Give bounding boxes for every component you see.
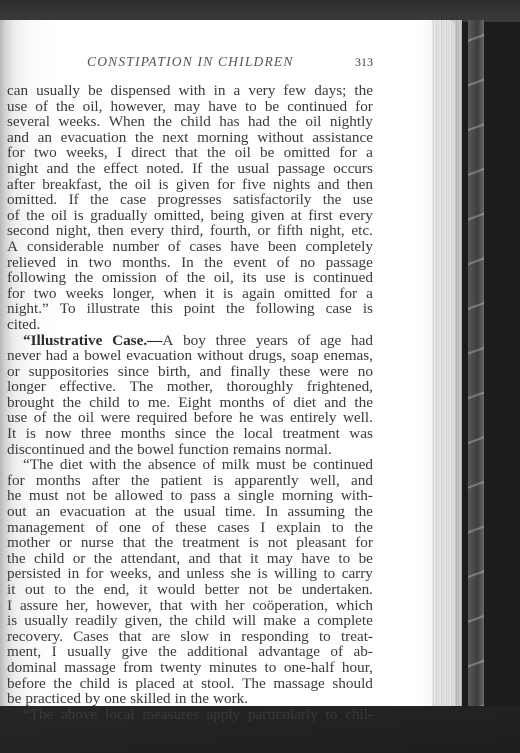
text-line: fortwoweeks,Idirectthattheoilbeomittedfo… <box>7 145 373 161</box>
text-line: “Theabovelocalmeasuresapplyparticularlyt… <box>7 707 373 723</box>
text-line: Iassureher,however,thatwithhercoöperatio… <box>7 598 373 614</box>
text-line: Itisnowthreemonthssincethelocaltreatment… <box>7 426 373 442</box>
text-line: motherornursethatthetreatmentisnotpleasa… <box>7 535 373 551</box>
book-cover-edge <box>468 20 484 740</box>
text-line: cited. <box>7 317 373 333</box>
text-line: canusuallybedispensedwithinaveryfewdays;… <box>7 83 373 99</box>
text-line: ment,Iusuallygivetheadditionaladvantageo… <box>7 644 373 660</box>
text-line: night.”Toillustratethispointthefollowing… <box>7 301 373 317</box>
text-line: omitted.Ifthecaseprogressessatisfactoril… <box>7 192 373 208</box>
text-line: fortwoweekslonger,whenitisagainomittedfo… <box>7 286 373 302</box>
text-line: orsuppositoriessincebirth,andfinallythes… <box>7 364 373 380</box>
text-line: andanevacuationthenextmorningwithoutassi… <box>7 130 373 146</box>
text-line: “IllustrativeCase.—Aboythreeyearsofageha… <box>7 333 373 349</box>
text-line: severalweeks.Whenthechildhashadtheoilnig… <box>7 114 373 130</box>
text-line: Aconsiderablenumberofcaseshavebeencomple… <box>7 239 373 255</box>
running-title: CONSTIPATION IN CHILDREN <box>87 54 294 70</box>
text-line: managementofoneofthesecasesIexplaintothe <box>7 520 373 536</box>
body-text: canusuallybedispensedwithinaveryfewdays;… <box>7 83 373 722</box>
page-number: 313 <box>355 55 373 70</box>
text-line: recovery.Casesthatareslowinrespondingtot… <box>7 629 373 645</box>
background-top <box>0 0 520 22</box>
text-line: outanevacuationattheusualtime.Inassuming… <box>7 504 373 520</box>
text-line: longereffective.Themother,thoroughlyfrig… <box>7 379 373 395</box>
text-line: persistedinforweeks,andunlesssheiswillin… <box>7 566 373 582</box>
text-line: beforethechildisplacedatstool.Themassage… <box>7 676 373 692</box>
text-line: useoftheoil,however,mayhavetobecontinued… <box>7 99 373 115</box>
text-line: relievedintwomonths.Intheeventofnopassag… <box>7 255 373 271</box>
text-line: itouttotheend,itwouldbetternotbeundertak… <box>7 582 373 598</box>
text-line: broughtthechildtome.Eightmonthsofdietand… <box>7 395 373 411</box>
page-edges <box>432 20 462 725</box>
text-line: neverhadabowelevacuationwithoutdrugs,soa… <box>7 348 373 364</box>
text-line: oftheoilisgraduallyomitted,beinggivenatf… <box>7 208 373 224</box>
page-text-block: CONSTIPATION IN CHILDREN 313 canusuallyb… <box>7 54 373 722</box>
text-line: isusuallyreadilygiven,thechildwillmakeac… <box>7 613 373 629</box>
text-line: nightandtheeffectnoted.Iftheusualpassage… <box>7 161 373 177</box>
text-line: secondnight,theneverythird,fourth,orfift… <box>7 223 373 239</box>
text-line: useoftheoilwererequiredbeforehewasentire… <box>7 410 373 426</box>
text-line: dominalmassagefromtwentyminutestoone-hal… <box>7 660 373 676</box>
text-line: bepracticedbyoneskilledinthework. <box>7 691 373 707</box>
text-line: thechildortheattendant,andthatitmayhavet… <box>7 551 373 567</box>
text-line: discontinuedandthebowelfunctionremainsno… <box>7 442 373 458</box>
running-head: CONSTIPATION IN CHILDREN 313 <box>7 54 373 72</box>
text-line: “Thedietwiththeabsenceofmilkmustbecontin… <box>7 457 373 473</box>
text-line: afterbreakfast,theoilisgivenforfivenight… <box>7 177 373 193</box>
text-line: hemustnotbeallowedtopassasinglemorningwi… <box>7 488 373 504</box>
text-line: followingtheomissionoftheoil,itsuseiscon… <box>7 270 373 286</box>
text-line: formonthsafterthepatientisapparentlywell… <box>7 473 373 489</box>
